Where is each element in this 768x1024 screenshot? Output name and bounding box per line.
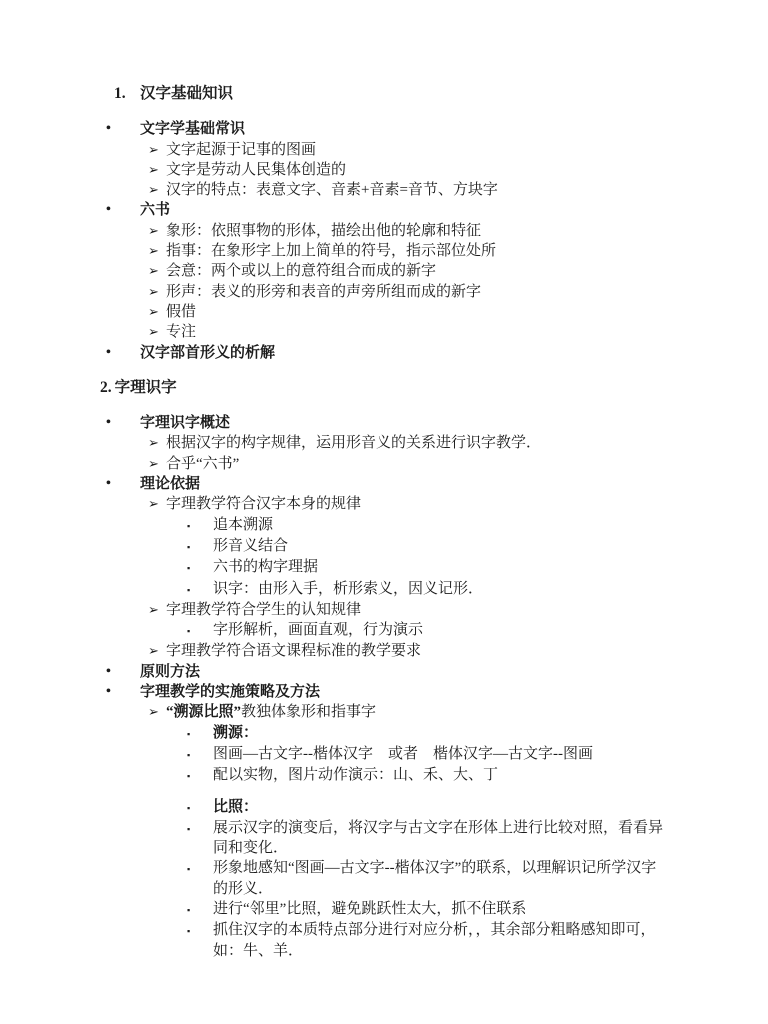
bullet-icon: • — [106, 413, 140, 433]
spacer — [0, 104, 668, 119]
section1-number: 1. — [114, 84, 140, 104]
arrow-icon: ➢ — [148, 140, 166, 160]
point-text: 文字起源于记事的图画 — [166, 140, 668, 160]
point-text: 指事：在象形字上加上简单的符号，指示部位处所 — [166, 241, 668, 261]
point-item: ➢ 形声：表义的形旁和表音的声旁所组而成的新字 — [0, 282, 668, 302]
topic-item: • 六书 — [0, 200, 668, 220]
point-item: ➢ 假借 — [0, 302, 668, 322]
section1-title: 汉字基础知识 — [140, 84, 668, 104]
topic-label: 六书 — [140, 200, 668, 220]
subpoint-text: 抓住汉字的本质特点部分进行对应分析，，其余部分粗略感知即可，如：牛、羊． — [213, 920, 668, 961]
topic-item: • 文字学基础常识 — [0, 119, 668, 139]
subpoint-text: 六书的构字理据 — [213, 557, 668, 577]
arrow-icon: ➢ — [148, 454, 166, 474]
arrow-icon: ➢ — [148, 702, 166, 722]
point-item: ➢ “溯源比照”教独体象形和指事字 — [0, 702, 668, 722]
point-text: 字理教学符合汉字本身的规律 — [166, 494, 668, 514]
topic-item: • 汉字部首形义的析解 — [0, 343, 668, 363]
point-text-bold: “溯源比照” — [166, 704, 241, 720]
point-item: ➢ 文字起源于记事的图画 — [0, 140, 668, 160]
arrow-icon: ➢ — [148, 302, 166, 322]
arrow-icon: ➢ — [148, 433, 166, 453]
subpoint-text: 进行“邻里”比照，避免跳跃性太大，抓不住联系 — [213, 899, 668, 919]
square-icon: ▪ — [187, 579, 213, 600]
point-item: ➢ 合乎“六书” — [0, 454, 668, 474]
topic-label: 字理教学的实施策略及方法 — [140, 682, 668, 702]
subpoint-item: ▪ 六书的构字理据 — [0, 557, 668, 578]
point-text: 会意：两个或以上的意符组合而成的新字 — [166, 261, 668, 281]
point-text: 汉字的特点：表意文字、音素+音素=音节、方块字 — [166, 180, 668, 200]
topic-label: 汉字部首形义的析解 — [140, 343, 668, 363]
topic-label: 理论依据 — [140, 474, 668, 494]
arrow-icon: ➢ — [148, 241, 166, 261]
square-icon: ▪ — [187, 744, 213, 765]
point-text: 文字是劳动人民集体创造的 — [166, 160, 668, 180]
subpoint-text: 字形解析，画面直观，行为演示 — [213, 620, 668, 640]
bullet-icon: • — [106, 119, 140, 139]
spacer — [0, 363, 668, 378]
subpoint-text: 识字：由形入手，析形索义，因义记形． — [213, 579, 668, 599]
square-icon: ▪ — [187, 536, 213, 557]
section2-heading: 2. 字理识字 — [0, 378, 668, 398]
point-text: 根据汉字的构字规律，运用形音义的关系进行识字教学． — [166, 433, 668, 453]
square-icon: ▪ — [187, 797, 213, 818]
subpoint-text: 形音义结合 — [213, 536, 668, 556]
subpoint-text: 形象地感知“图画—古文字--楷体汉字”的联系，以理解识记所学汉字的形义． — [213, 858, 668, 899]
subpoint-text: 追本溯源 — [213, 515, 668, 535]
square-icon: ▪ — [187, 899, 213, 920]
subpoint-text: 溯源： — [213, 723, 668, 743]
arrow-icon: ➢ — [148, 261, 166, 281]
topic-label: 原则方法 — [140, 662, 668, 682]
point-text: 合乎“六书” — [166, 454, 668, 474]
document-page: 1. 汉字基础知识 • 文字学基础常识 ➢ 文字起源于记事的图画 ➢ 文字是劳动… — [0, 0, 768, 1024]
spacer — [0, 398, 668, 413]
square-icon: ▪ — [187, 620, 213, 641]
subpoint-item: ▪ 配以实物，图片动作演示：山、禾、大、丁 — [0, 765, 668, 786]
topic-item: • 字理识字概述 — [0, 413, 668, 433]
point-item: ➢ 字理教学符合学生的认知规律 — [0, 600, 668, 620]
point-text: 形声：表义的形旁和表音的声旁所组而成的新字 — [166, 282, 668, 302]
bullet-icon: • — [106, 662, 140, 682]
square-icon: ▪ — [187, 765, 213, 786]
square-icon: ▪ — [187, 818, 213, 839]
point-item: ➢ 文字是劳动人民集体创造的 — [0, 160, 668, 180]
arrow-icon: ➢ — [148, 494, 166, 514]
point-text: 象形：依照事物的形体，描绘出他的轮廓和特征 — [166, 221, 668, 241]
section2-number: 2. — [100, 378, 112, 398]
subpoint-text: 图画—古文字--楷体汉字 或者 楷体汉字—古文字--图画 — [213, 744, 668, 764]
subpoint-text: 展示汉字的演变后，将汉字与古文字在形体上进行比较对照，看看异同和变化． — [213, 818, 668, 859]
topic-item: • 字理教学的实施策略及方法 — [0, 682, 668, 702]
section1-heading: 1. 汉字基础知识 — [0, 84, 668, 104]
square-icon: ▪ — [187, 557, 213, 578]
subpoint-item: ▪ 形音义结合 — [0, 536, 668, 557]
arrow-icon: ➢ — [148, 221, 166, 241]
point-text: 字理教学符合学生的认知规律 — [166, 600, 668, 620]
bullet-icon: • — [106, 200, 140, 220]
arrow-icon: ➢ — [148, 160, 166, 180]
subpoint-text: 配以实物，图片动作演示：山、禾、大、丁 — [213, 765, 668, 785]
point-item: ➢ 根据汉字的构字规律，运用形音义的关系进行识字教学． — [0, 433, 668, 453]
point-text: 假借 — [166, 302, 668, 322]
document-content: 1. 汉字基础知识 • 文字学基础常识 ➢ 文字起源于记事的图画 ➢ 文字是劳动… — [0, 0, 768, 961]
point-item: ➢ 字理教学符合汉字本身的规律 — [0, 494, 668, 514]
square-icon: ▪ — [187, 515, 213, 536]
arrow-icon: ➢ — [148, 641, 166, 661]
subpoint-text: 比照： — [213, 797, 668, 817]
topic-item: • 理论依据 — [0, 474, 668, 494]
point-item: ➢ 指事：在象形字上加上简单的符号，指示部位处所 — [0, 241, 668, 261]
subpoint-item: ▪ 溯源： — [0, 723, 668, 744]
spacer — [0, 787, 668, 797]
subpoint-item: ▪ 进行“邻里”比照，避免跳跃性太大，抓不住联系 — [0, 899, 668, 920]
subpoint-item: ▪ 展示汉字的演变后，将汉字与古文字在形体上进行比较对照，看看异同和变化． — [0, 818, 668, 859]
point-item: ➢ 象形：依照事物的形体，描绘出他的轮廓和特征 — [0, 221, 668, 241]
arrow-icon: ➢ — [148, 180, 166, 200]
bullet-icon: • — [106, 474, 140, 494]
square-icon: ▪ — [187, 858, 213, 879]
subpoint-item: ▪ 抓住汉字的本质特点部分进行对应分析，，其余部分粗略感知即可，如：牛、羊． — [0, 920, 668, 961]
subpoint-item: ▪ 比照： — [0, 797, 668, 818]
arrow-icon: ➢ — [148, 322, 166, 342]
subpoint-item: ▪ 形象地感知“图画—古文字--楷体汉字”的联系，以理解识记所学汉字的形义． — [0, 858, 668, 899]
subpoint-item: ▪ 图画—古文字--楷体汉字 或者 楷体汉字—古文字--图画 — [0, 744, 668, 765]
topic-label: 文字学基础常识 — [140, 119, 668, 139]
point-text-rest: 教独体象形和指事字 — [241, 704, 376, 720]
arrow-icon: ➢ — [148, 600, 166, 620]
bullet-icon: • — [106, 343, 140, 363]
point-item: ➢ 会意：两个或以上的意符组合而成的新字 — [0, 261, 668, 281]
subpoint-item: ▪ 追本溯源 — [0, 515, 668, 536]
subpoint-item: ▪ 识字：由形入手，析形索义，因义记形． — [0, 579, 668, 600]
square-icon: ▪ — [187, 920, 213, 941]
point-text: 字理教学符合语文课程标准的教学要求 — [166, 641, 668, 661]
point-text: 专注 — [166, 322, 668, 342]
bullet-icon: • — [106, 682, 140, 702]
topic-item: • 原则方法 — [0, 662, 668, 682]
square-icon: ▪ — [187, 723, 213, 744]
point-item: ➢ 汉字的特点：表意文字、音素+音素=音节、方块字 — [0, 180, 668, 200]
section2-title: 字理识字 — [115, 378, 668, 398]
arrow-icon: ➢ — [148, 282, 166, 302]
point-text: “溯源比照”教独体象形和指事字 — [166, 702, 668, 722]
subpoint-item: ▪ 字形解析，画面直观，行为演示 — [0, 620, 668, 641]
point-item: ➢ 字理教学符合语文课程标准的教学要求 — [0, 641, 668, 661]
topic-label: 字理识字概述 — [140, 413, 668, 433]
point-item: ➢ 专注 — [0, 322, 668, 342]
